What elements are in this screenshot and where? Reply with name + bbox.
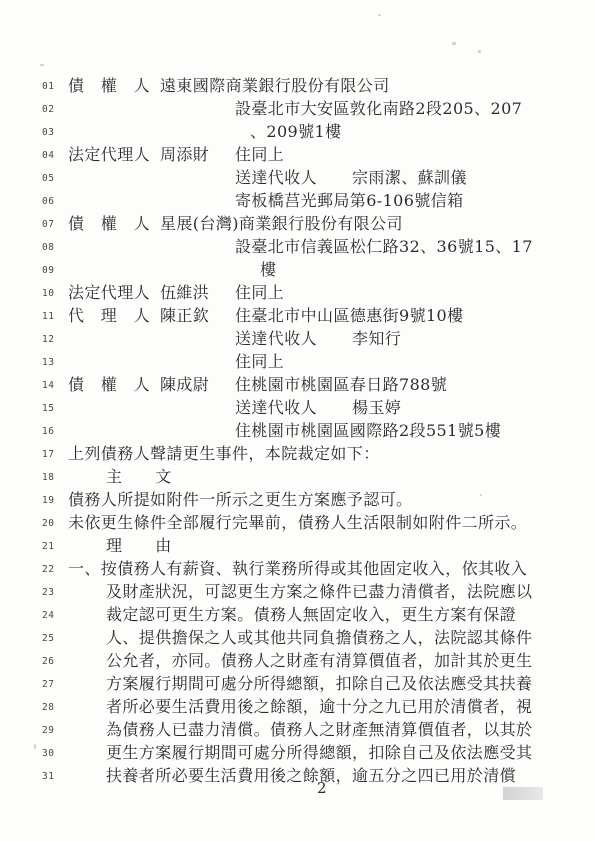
line-number: 08 [42,236,54,259]
document-line: 28者所必要生活費用後之餘額，逾十分之九已用於清償者，視 [0,695,595,718]
line-number: 12 [42,328,54,351]
document-line: 08設臺北市信義區松仁路32、36號15、17 [0,235,595,258]
line-number: 31 [42,765,54,788]
party-role-label: 代 理 人 [68,304,150,327]
party-detail: 住桃園市桃園區春日路788號 [235,373,447,396]
document-line: 17上列債務人聲請更生事件，本院裁定如下： [0,442,595,465]
service-agent-name: 楊玉婷 [352,396,401,419]
body-text-continued: 扶養者所必要生活費用後之餘額，逾五分之四已用於清償 [106,764,516,787]
line-number: 14 [42,374,54,397]
line-number: 10 [42,282,54,305]
party-role-label: 法定代理人 [68,143,150,166]
body-text-continued: 更生方案履行期間可處分所得總額，扣除自己及依法應受其 [106,741,532,764]
body-text-continued: 方案履行期間可處分所得總額，扣除自己及依法應受其扶養 [106,672,532,695]
document-line: 09樓 [0,258,595,281]
document-line: 26公允者，亦同。債務人之財產有清算價值者，加計其於更生 [0,649,595,672]
line-number: 26 [42,650,54,673]
document-line: 11代 理 人陳正欽住臺北市中山區德惠街9號10樓 [0,304,595,327]
party-detail: 設臺北市大安區敦化南路2段205、207 [235,97,522,120]
line-number: 04 [42,144,54,167]
line-number: 23 [42,581,54,604]
document-line: 25人、提供擔保之人或其他共同負擔債務之人，法院認其條件 [0,626,595,649]
body-text: 上列債務人聲請更生事件，本院裁定如下： [68,442,380,465]
body-text: 未依更生條件全部履行完畢前，債務人生活限制如附件二所示。 [68,511,527,534]
party-detail-continued: 樓 [260,258,276,281]
document-line: 03、209號1樓 [0,120,595,143]
body-text: 一、按債務人有薪資、執行業務所得或其他固定收入，依其收入 [68,557,527,580]
document-line: 31扶養者所必要生活費用後之餘額，逾五分之四已用於清償 [0,764,595,787]
service-agent-name: 李知行 [352,327,401,350]
document-line: 10法定代理人伍維洪住同上 [0,281,595,304]
document-line: 23及財產狀況，可認更生方案之條件已盡力清償者，法院應以 [0,580,595,603]
line-number: 17 [42,443,54,466]
page-number: 2 [317,779,327,797]
line-number: 05 [42,167,54,190]
party-detail-continued: 、209號1樓 [250,120,342,143]
line-number: 09 [42,259,54,282]
document-line: 18主 文 [0,465,595,488]
line-number: 22 [42,558,54,581]
party-role-label: 法定代理人 [68,281,150,304]
document-line: 29為債務人已盡力清償。債務人之財產無清算價值者，以其於 [0,718,595,741]
scan-artifact-box [503,787,543,800]
party-detail: 住同上 [235,281,284,304]
line-number: 25 [42,627,54,650]
document-line: 02設臺北市大安區敦化南路2段205、207 [0,97,595,120]
party-detail: 住臺北市中山區德惠街9號10樓 [235,304,464,327]
scan-speck [378,14,381,16]
document-line: 20未依更生條件全部履行完畢前，債務人生活限制如附件二所示。 [0,511,595,534]
body-text-continued: 公允者，亦同。債務人之財產有清算價值者，加計其於更生 [106,649,532,672]
party-detail: 送達代收人 [235,166,317,189]
party-detail: 住同上 [235,143,284,166]
line-number: 13 [42,351,54,374]
line-number: 19 [42,489,54,512]
document-line: 24裁定認可更生方案。債務人無固定收入，更生方案有保證 [0,603,595,626]
document-line: 15送達代收人楊玉婷 [0,396,595,419]
line-number: 30 [42,742,54,765]
scan-speck [480,494,482,496]
scan-speck [34,744,36,749]
line-number: 01 [42,75,54,98]
line-number: 03 [42,121,54,144]
party-role-label: 債 權 人 [68,74,150,97]
party-detail: 送達代收人 [235,396,317,419]
party-name: 伍維洪 [160,281,209,304]
party-detail: 住同上 [235,350,284,373]
document-line: 01債 權 人遠東國際商業銀行股份有限公司 [0,74,595,97]
party-role-label: 債 權 人 [68,212,150,235]
party-name: 星展(台灣)商業銀行股份有限公司 [160,212,403,235]
body-text-continued: 及財產狀況，可認更生方案之條件已盡力清償者，法院應以 [106,580,532,603]
scan-speck [40,64,44,66]
line-number: 29 [42,719,54,742]
body-text-continued: 人、提供擔保之人或其他共同負擔債務之人，法院認其條件 [106,626,532,649]
line-number: 24 [42,604,54,627]
line-number: 15 [42,397,54,420]
line-number: 11 [42,305,54,328]
document-line: 13住同上 [0,350,595,373]
line-number: 16 [42,420,54,443]
document-line: 06寄板橋莒光郵局第6-106號信箱 [0,189,595,212]
line-number: 07 [42,213,54,236]
scan-speck [478,50,481,53]
section-heading: 主 文 [106,465,172,488]
party-name: 周添財 [160,143,209,166]
document-line: 16住桃園市桃園區國際路2段551號5樓 [0,419,595,442]
document-line: 21理 由 [0,534,595,557]
line-number: 27 [42,673,54,696]
service-agent-name: 宗雨潔、蘇訓儀 [352,166,467,189]
party-name: 遠東國際商業銀行股份有限公司 [160,74,390,97]
document-line: 14債 權 人陳成尉住桃園市桃園區春日路788號 [0,373,595,396]
line-number: 21 [42,535,54,558]
line-number: 28 [42,696,54,719]
document-line: 12送達代收人李知行 [0,327,595,350]
line-number: 02 [42,98,54,121]
line-number: 06 [42,190,54,213]
document-line: 05送達代收人宗雨潔、蘇訓儀 [0,166,595,189]
document-line: 22一、按債務人有薪資、執行業務所得或其他固定收入，依其收入 [0,557,595,580]
section-heading: 理 由 [106,534,172,557]
document-line: 19債務人所提如附件一所示之更生方案應予認可。 [0,488,595,511]
document-line: 04法定代理人周添財住同上 [0,143,595,166]
party-detail: 送達代收人 [235,327,317,350]
document-line: 30更生方案履行期間可處分所得總額，扣除自己及依法應受其 [0,741,595,764]
line-number: 18 [42,466,54,489]
document-line: 27方案履行期間可處分所得總額，扣除自己及依法應受其扶養 [0,672,595,695]
party-detail: 寄板橋莒光郵局第6-106號信箱 [235,189,464,212]
scan-speck [452,42,456,45]
document-page: 01債 權 人遠東國際商業銀行股份有限公司02設臺北市大安區敦化南路2段205、… [0,0,595,841]
party-name: 陳正欽 [160,304,209,327]
line-number: 20 [42,512,54,535]
party-name: 陳成尉 [160,373,209,396]
party-role-label: 債 權 人 [68,373,150,396]
body-text-continued: 者所必要生活費用後之餘額，逾十分之九已用於清償者，視 [106,695,532,718]
body-text-continued: 為債務人已盡力清償。債務人之財產無清算價值者，以其於 [106,718,532,741]
document-line: 07債 權 人星展(台灣)商業銀行股份有限公司 [0,212,595,235]
body-text: 債務人所提如附件一所示之更生方案應予認可。 [68,488,412,511]
party-detail: 住桃園市桃園區國際路2段551號5樓 [235,419,501,442]
party-detail: 設臺北市信義區松仁路32、36號15、17 [235,235,533,258]
body-text-continued: 裁定認可更生方案。債務人無固定收入，更生方案有保證 [106,603,516,626]
